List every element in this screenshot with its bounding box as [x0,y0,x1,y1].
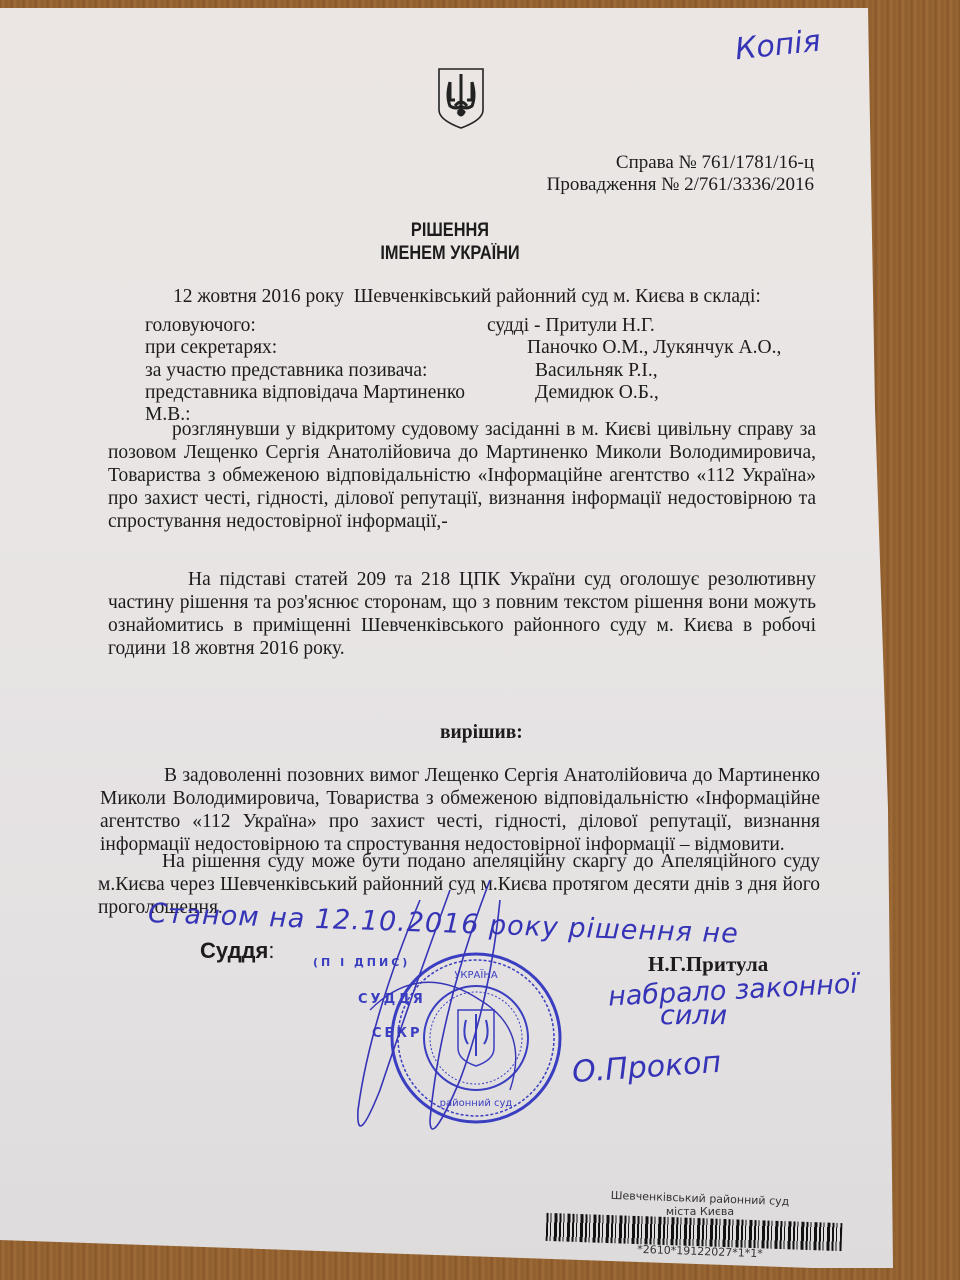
document-title: РІШЕННЯ [321,220,579,242]
considered-paragraph: розглянувши у відкритому судовому засіда… [108,418,816,533]
panel-label: за участю представника позивача: [145,360,497,382]
panel-row-secretaries: при секретарях: Паночко О.М., Лукянчук А… [145,337,795,359]
basis-text: На підставі статей 209 та 218 ЦПК Україн… [108,568,816,660]
panel-label: головуючого: [145,315,497,337]
panel-row-presiding: головуючого: судді - Притули Н.Г. [145,315,795,337]
handwritten-note-line3: сили [660,1000,727,1031]
panel-value: Паночко О.М., Лукянчук А.О., [527,337,781,359]
panel-value: Васильняк Р.І., [535,360,658,382]
proceeding-number: Провадження № 2/761/3336/2016 [547,174,814,196]
panel-value: Демидюк О.Б., [535,382,659,404]
decided-heading: вирішив: [440,722,523,744]
basis-paragraph: На підставі статей 209 та 218 ЦПК Україн… [108,568,816,660]
panel-row-defendant-rep: представника відповідача Мартиненко М.В.… [145,382,795,404]
judge-label: Суддя: [200,938,274,964]
panel-label: представника відповідача Мартиненко М.В.… [145,382,497,404]
case-number: Справа № 761/1781/16-ц [616,152,814,174]
panel-value: судді - Притули Н.Г. [487,315,655,337]
panel-label: при секретарях: [145,337,497,359]
decision-paragraph: В задоволенні позовних вимог Лещенко Сер… [100,764,820,856]
considered-text: розглянувши у відкритому судовому засіда… [108,418,816,533]
decision-text: В задоволенні позовних вимог Лещенко Сер… [100,764,820,856]
intro-line: 12 жовтня 2016 року Шевченківський район… [173,286,761,308]
document-subtitle: ІМЕНЕМ УКРАЇНИ [321,243,579,265]
panel-row-plaintiff-rep: за участю представника позивача: Васильн… [145,360,795,382]
coat-of-arms-icon [436,66,486,130]
